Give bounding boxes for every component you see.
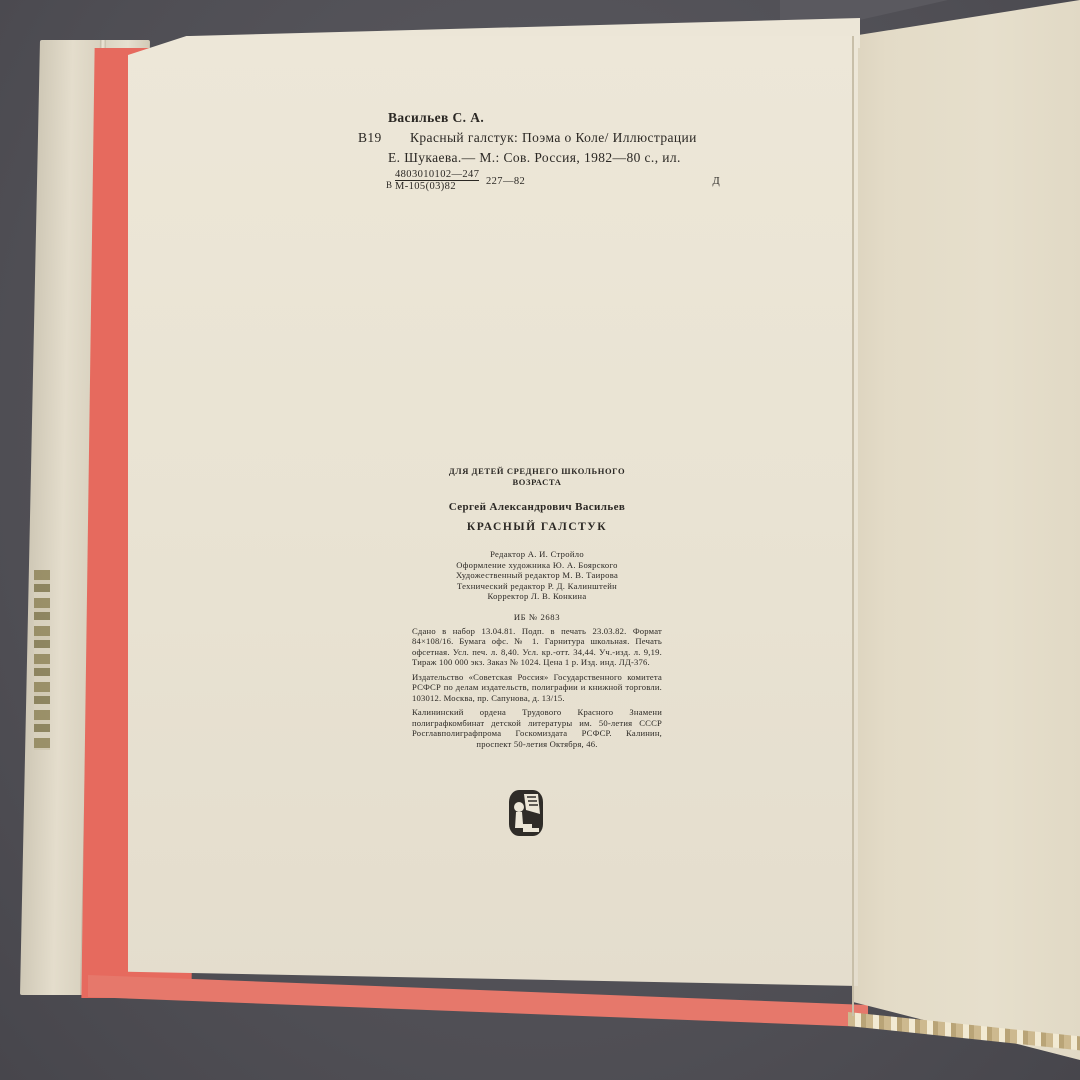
record-continuation-line: Е. Шукаева.— М.: Сов. Россия, 1982—80 с.…: [358, 148, 728, 168]
spine-wear-marks: [34, 570, 50, 750]
print-details: Сдано в набор 13.04.81. Подп. в печать 2…: [412, 626, 662, 668]
author-heading: Васильев С. А.: [358, 108, 728, 128]
udc-code: В19: [358, 128, 382, 148]
credit-tech-editor: Технический редактор Р. Д. Калинштейн: [412, 581, 662, 592]
gutter: [852, 36, 854, 1016]
credit-editor: Редактор А. И. Стройло: [412, 549, 662, 560]
credit-proofreader: Корректор Л. В. Конкина: [412, 591, 662, 602]
right-page: [852, 0, 1080, 1060]
author-full-name: Сергей Александрович Васильев: [412, 501, 662, 513]
title-row: В19 Красный галстук: Поэма о Коле/ Иллюс…: [358, 128, 728, 148]
credit-design: Оформление художника Ю. А. Боярского: [412, 560, 662, 571]
credit-art-editor: Художественный редактор М. В. Таирова: [412, 570, 662, 581]
audience-line-2: ВОЗРАСТА: [412, 477, 662, 488]
code-fraction: 4803010102—247 М-105(03)82: [395, 169, 479, 192]
code-tail: 227—82: [486, 172, 525, 192]
publication-number: ИБ № 2683: [412, 612, 662, 622]
bibliographic-record: Васильев С. А. В19 Красный галстук: Поэм…: [358, 108, 728, 194]
colophon: ДЛЯ ДЕТЕЙ СРЕДНЕГО ШКОЛЬНОГО ВОЗРАСТА Се…: [412, 466, 662, 749]
book-title: КРАСНЫЙ ГАЛСТУК: [412, 521, 662, 533]
publisher-logo-icon: [506, 788, 546, 838]
audience-line-1: ДЛЯ ДЕТЕЙ СРЕДНЕГО ШКОЛЬНОГО: [412, 466, 662, 477]
audience-note: ДЛЯ ДЕТЕЙ СРЕДНЕГО ШКОЛЬНОГО ВОЗРАСТА: [412, 466, 662, 488]
code-prefix: В: [386, 175, 392, 195]
printer-info: Калининский ордена Трудового Красного Зн…: [412, 707, 662, 749]
classification-letter: Д: [712, 172, 720, 192]
publisher-info: Издательство «Советская Россия» Государс…: [412, 672, 662, 704]
record-code-row: В 4803010102—247 М-105(03)82 227—82 Д: [358, 170, 728, 194]
credits-list: Редактор А. И. Стройло Оформление художн…: [412, 549, 662, 602]
record-title-line: Красный галстук: Поэма о Коле/ Иллюстрац…: [358, 128, 728, 148]
code-numerator: 4803010102—247: [395, 169, 479, 181]
code-denominator: М-105(03)82: [395, 181, 456, 192]
